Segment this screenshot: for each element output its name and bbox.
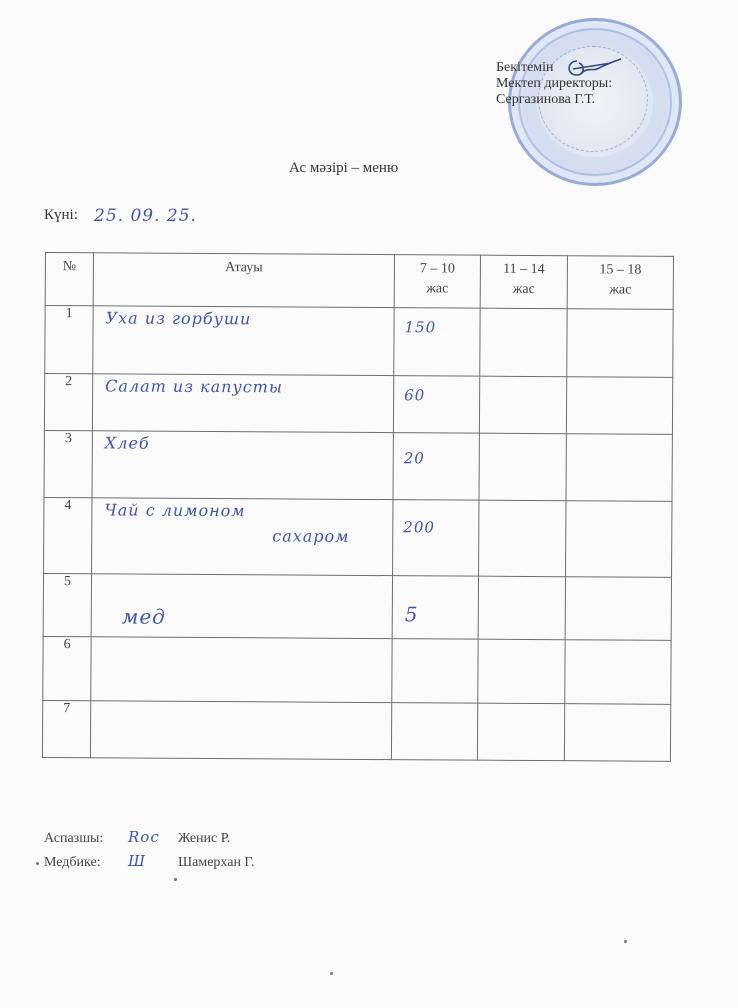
portion-15-18 bbox=[565, 640, 671, 705]
scan-speck bbox=[624, 940, 627, 943]
portion-7-10 bbox=[392, 639, 478, 704]
menu-table: № Атауы 7 – 10жас 11 – 14жас 15 – 18жас … bbox=[42, 252, 674, 762]
table-row: 7 bbox=[42, 700, 670, 761]
table-row: 3 Хлеб 20 bbox=[44, 430, 672, 501]
portion-15-18 bbox=[565, 577, 671, 641]
scan-speck bbox=[330, 972, 333, 975]
date-label: Күні: bbox=[44, 207, 78, 224]
nurse-label: Медбике: bbox=[44, 855, 128, 871]
dish-name: Чай с лимоном сахаром bbox=[92, 498, 393, 576]
date-value: 25. 09. 25. bbox=[94, 206, 197, 226]
table-row: 2 Салат из капусты 60 bbox=[44, 374, 672, 435]
header-name: Атауы bbox=[93, 253, 394, 308]
scan-speck bbox=[174, 878, 177, 881]
portion-7-10: 5 bbox=[392, 576, 478, 640]
portion-11-14 bbox=[477, 703, 564, 761]
cook-signature-line: Аспазшы:RосЖенис Р. bbox=[44, 828, 230, 847]
portion-7-10 bbox=[391, 703, 477, 761]
table-row: 4 Чай с лимоном сахаром 200 bbox=[44, 497, 672, 577]
approval-line: Мектеп директоры: bbox=[496, 76, 612, 92]
scan-speck bbox=[36, 862, 39, 865]
header-num: № bbox=[45, 253, 93, 306]
nurse-name: Шамерхан Г. bbox=[178, 855, 254, 870]
header-age-15-18: 15 – 18жас bbox=[567, 256, 673, 310]
portion-11-14 bbox=[479, 500, 566, 577]
dish-name bbox=[91, 637, 392, 703]
portion-11-14 bbox=[480, 308, 567, 377]
portion-11-14 bbox=[478, 639, 565, 704]
header-age-7-10: 7 – 10жас bbox=[394, 255, 480, 309]
portion-11-14 bbox=[478, 576, 565, 640]
portion-15-18 bbox=[566, 434, 672, 502]
header-age-11-14: 11 – 14жас bbox=[480, 255, 567, 309]
nurse-initials: Ш bbox=[128, 852, 178, 870]
dish-name: мед bbox=[91, 574, 392, 639]
dish-name: Хлеб bbox=[92, 431, 393, 500]
portion-7-10: 200 bbox=[393, 500, 479, 577]
dish-name: Уха из горбуши bbox=[93, 306, 394, 376]
portion-11-14 bbox=[479, 376, 566, 434]
portion-15-18 bbox=[564, 704, 670, 762]
table-row: 5 мед 5 bbox=[43, 573, 671, 640]
row-number: 7 bbox=[42, 700, 90, 757]
portion-7-10: 150 bbox=[394, 308, 480, 377]
portion-15-18 bbox=[566, 501, 672, 578]
approval-block: Бекітемін Мектеп директоры: Сергазинова … bbox=[496, 60, 612, 108]
table-row: 6 bbox=[43, 636, 671, 704]
portion-11-14 bbox=[479, 433, 566, 501]
cook-label: Аспазшы: bbox=[44, 831, 128, 847]
nurse-signature-line: Медбике:ШШамерхан Г. bbox=[44, 852, 254, 871]
dish-name: Салат из капусты bbox=[92, 374, 393, 433]
document-title: Ас мәзірі – меню bbox=[289, 160, 398, 177]
cook-initials: Rос bbox=[128, 828, 178, 846]
row-number: 6 bbox=[43, 636, 91, 700]
portion-7-10: 20 bbox=[393, 433, 479, 501]
row-number: 2 bbox=[44, 374, 92, 431]
approval-line: Сергазинова Г.Т. bbox=[496, 92, 612, 108]
row-number: 1 bbox=[45, 306, 93, 374]
dish-name bbox=[90, 701, 391, 760]
approval-line: Бекітемін bbox=[496, 60, 612, 76]
portion-15-18 bbox=[567, 309, 673, 378]
row-number: 5 bbox=[43, 573, 91, 636]
portion-15-18 bbox=[566, 377, 672, 435]
table-row: 1 Уха из горбуши 150 bbox=[45, 306, 673, 378]
table-header-row: № Атауы 7 – 10жас 11 – 14жас 15 – 18жас bbox=[45, 253, 673, 310]
portion-7-10: 60 bbox=[393, 376, 479, 434]
cook-name: Женис Р. bbox=[178, 831, 230, 846]
row-number: 4 bbox=[44, 497, 92, 573]
row-number: 3 bbox=[44, 430, 92, 497]
